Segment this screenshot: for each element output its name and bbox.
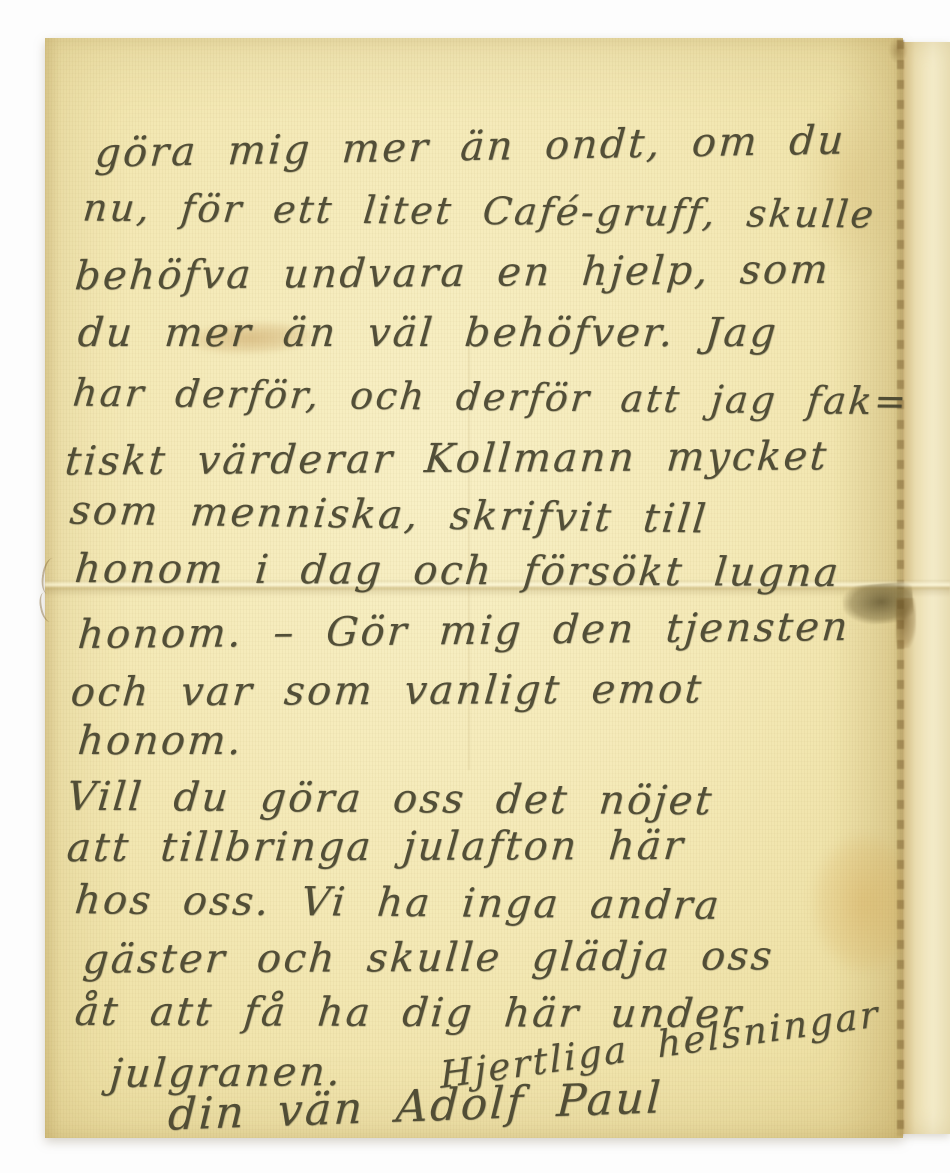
letter-line: honom. – Gör mig den tjensten <box>76 602 852 660</box>
scan-background: göra mig mer än ondt, om du nu, för ett … <box>0 0 950 1173</box>
letter-line: nu, för ett litet Café-gruff, skulle <box>81 183 878 240</box>
letter-line: honom i dag och försökt lugna <box>73 544 843 598</box>
letter-line: honom. <box>76 716 246 766</box>
letter-line: tiskt värderar Kollmann mycket <box>63 431 830 486</box>
letter-line: Vill du göra oss det nöjet <box>65 772 716 826</box>
letter-line: som menniska, skrifvit till <box>67 486 710 545</box>
letter-line: har derför, och derför att jag fak= <box>71 368 911 427</box>
letter-line: gäster och skulle glädja oss <box>81 931 776 985</box>
letter-body-text: göra mig mer än ondt, om du nu, för ett … <box>0 0 950 1173</box>
letter-line: du mer än väl behöfver. Jag <box>76 308 781 358</box>
letter-line: att tillbringa julafton här <box>65 821 687 873</box>
letter-line: hos oss. Vi ha inga andra <box>73 875 724 931</box>
letter-line: behöfva undvara en hjelp, som <box>73 245 832 302</box>
letter-line: och var som vanligt emot <box>69 664 706 717</box>
letter-line: göra mig mer än ondt, om du <box>93 115 847 178</box>
